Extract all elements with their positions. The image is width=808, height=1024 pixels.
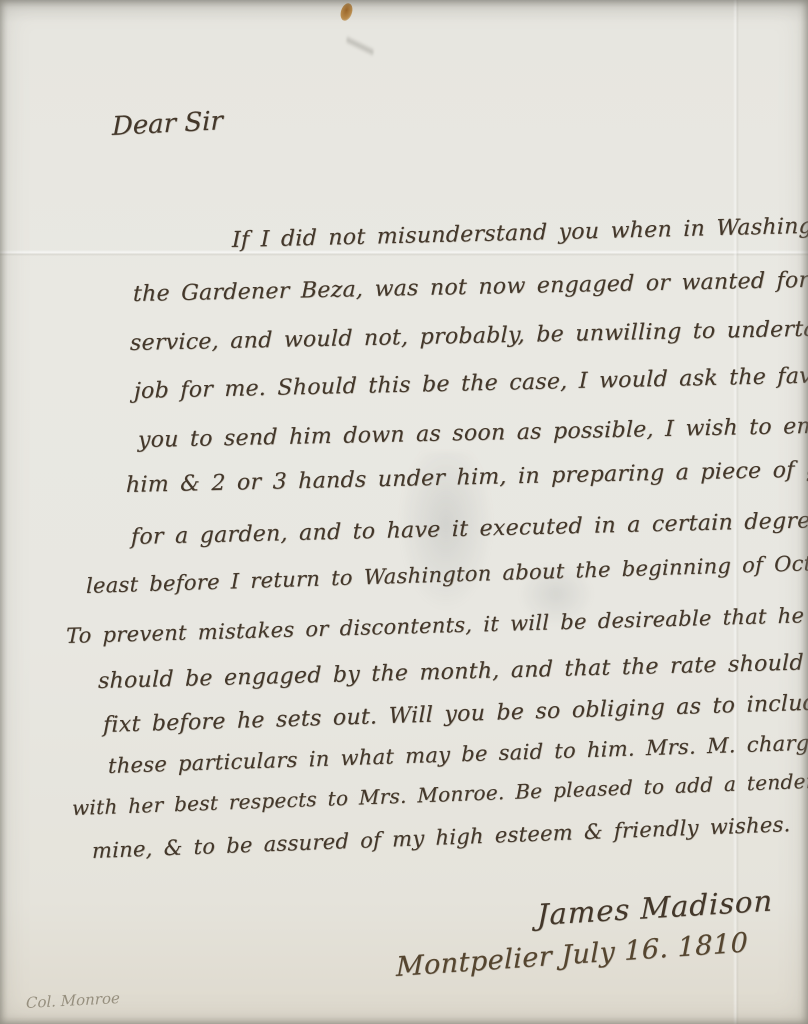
body-line: you to send him down as soon as possible… [138, 413, 808, 453]
salutation: Dear Sir [112, 106, 223, 142]
dateline: Montpelier July 16. 1810 [396, 927, 748, 983]
body-line: should be engaged by the month, and that… [98, 649, 808, 694]
body-line: the Gardener Beza, was not now engaged o… [133, 267, 808, 307]
body-line: fixt before he sets out. Will you be so … [103, 690, 808, 738]
docket-note: Col. Monroe [26, 989, 120, 1012]
body-line: If I did not misunderstand you when in W… [232, 213, 808, 253]
body-line: job for me. Should this be the case, I w… [134, 362, 808, 404]
stain-streak [343, 19, 376, 74]
body-line: mine, & to be assured of my high esteem … [92, 812, 791, 863]
body-line: these particulars in what may be said to… [108, 728, 808, 778]
body-line: service, and would not, probably, be unw… [130, 316, 808, 356]
fold-crease-horizontal [0, 250, 808, 256]
letter-page: Dear Sir If I did not misunderstand you … [0, 0, 808, 1024]
